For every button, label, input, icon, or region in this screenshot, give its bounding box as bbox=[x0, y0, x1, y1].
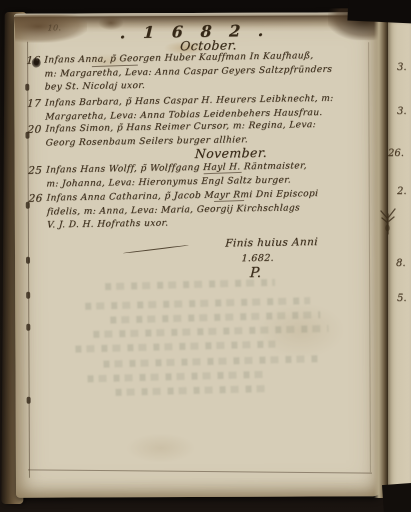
pen-swash bbox=[123, 245, 189, 254]
background-corner bbox=[347, 0, 411, 23]
register-entry: 20 Infans Simon, p̃ Hans Reimer Cursor, … bbox=[45, 119, 316, 150]
manuscript-page: 10. . 1 6 8 2 . October. 16 Infans Anna,… bbox=[14, 12, 382, 498]
register-entry: 25 Infans Hans Wolff, p̃ Wolffgang Hayl … bbox=[45, 160, 306, 191]
finis-year: 1.682. bbox=[241, 253, 274, 265]
register-entry: 26 Infans Anna Catharina, p̃ Jacob Mayr … bbox=[46, 188, 318, 233]
margin-number: 26. bbox=[388, 148, 404, 159]
handwriting-layer: 10. . 1 6 8 2 . October. 16 Infans Anna,… bbox=[11, 10, 385, 500]
page-gutter-seam bbox=[374, 16, 388, 498]
scribe-paraph: P. bbox=[249, 265, 262, 281]
margin-number: 8. bbox=[396, 258, 406, 269]
register-entry: 16 Infans Anna, p̃ Georgen Huber Kauffma… bbox=[44, 50, 332, 95]
entry-day-number: 17 bbox=[27, 98, 42, 112]
margin-number: 3. bbox=[397, 106, 407, 117]
ink-blot bbox=[32, 58, 41, 68]
adjacent-page-edge: 3. 3. 26. 2. 8. 5. bbox=[386, 20, 411, 498]
entry-day-number: 25 bbox=[28, 165, 43, 179]
folio-number: 10. bbox=[47, 23, 61, 32]
entry-day-number: 26 bbox=[28, 193, 43, 207]
background-corner bbox=[382, 483, 411, 512]
margin-number: 5. bbox=[397, 293, 407, 304]
margin-number: 3. bbox=[397, 62, 407, 73]
finis-text: Finis huius Anni bbox=[225, 236, 318, 250]
scanned-book-photo: 3. 3. 26. 2. 8. 5. bbox=[0, 0, 411, 512]
month-heading-november: November. bbox=[194, 145, 267, 161]
ink-sprig-mark bbox=[378, 206, 398, 240]
margin-number: 2. bbox=[397, 186, 407, 197]
entry-day-number: 20 bbox=[27, 124, 42, 138]
